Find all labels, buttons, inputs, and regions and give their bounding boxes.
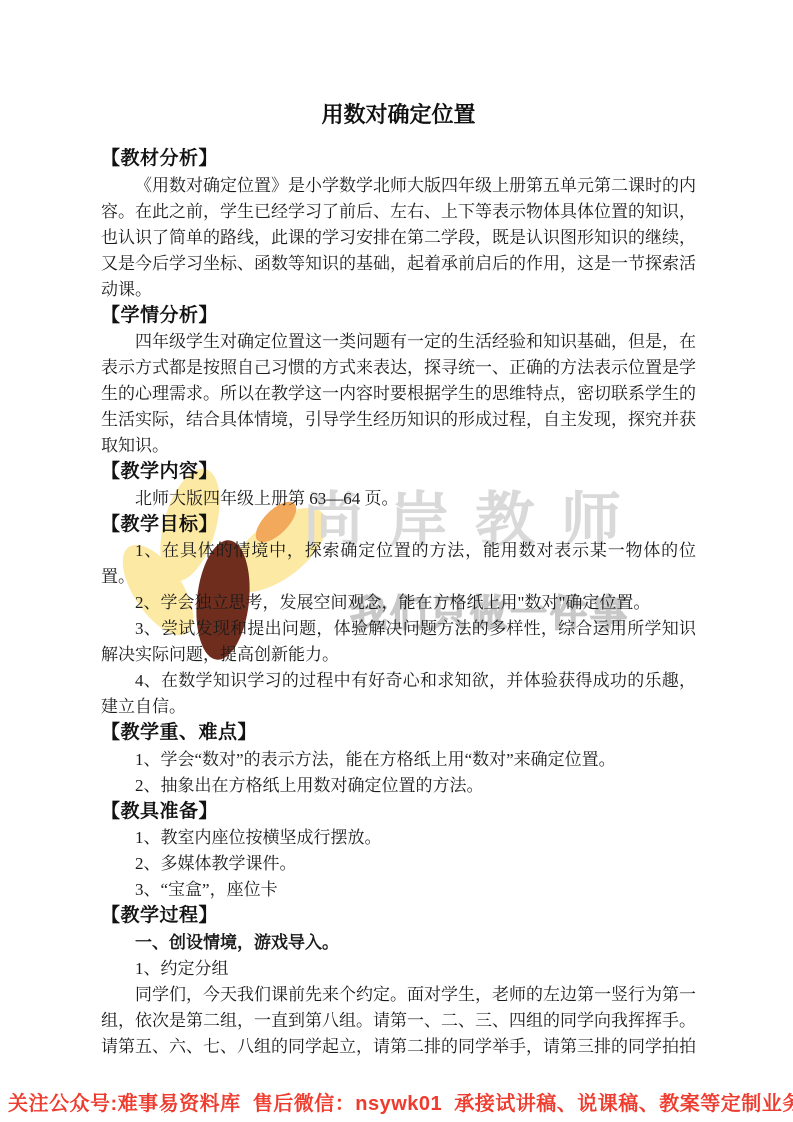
paragraph: 2、多媒体教学课件。 (101, 851, 696, 877)
section-heading: 【教学过程】 (101, 903, 696, 930)
footer-promo-text: 关注公众号:难事易资料库 售后微信：nsywk01 承接试讲稿、说课稿、教案等定… (8, 1093, 793, 1115)
paragraph: 1、在具体的情境中，探索确定位置的方法，能用数对表示某一物体的位置。 (101, 538, 696, 590)
paragraph: 3、尝试发现和提出问题，体验解决问题方法的多样性，综合运用所学知识解决实际问题，… (101, 616, 696, 668)
section-heading: 【教学内容】 (101, 459, 696, 486)
paragraph-bold: 一、创设情境，游戏导入。 (101, 930, 696, 956)
paragraph: 2、抽象出在方格纸上用数对确定位置的方法。 (101, 773, 696, 799)
section-heading: 【教学重、难点】 (101, 720, 696, 747)
section-heading: 【教学目标】 (101, 512, 696, 539)
paragraph: 四年级学生对确定位置这一类问题有一定的生活经验和知识基础，但是，在表示方式都是按… (101, 329, 696, 459)
section-heading: 【学情分析】 (101, 303, 696, 330)
page-title: 用数对确定位置 (101, 100, 696, 130)
sections-container: 【教材分析】《用数对确定位置》是小学数学北师大版四年级上册第五单元第二课时的内容… (101, 146, 696, 1060)
paragraph: 2、学会独立思考，发展空间观念，能在方格纸上用"数对"确定位置。 (101, 590, 696, 616)
paragraph: 同学们，今天我们课前先来个约定。面对学生，老师的左边第一竖行为第一组，依次是第二… (101, 982, 696, 1060)
paragraph: 《用数对确定位置》是小学数学北师大版四年级上册第五单元第二课时的内容。在此之前，… (101, 173, 696, 303)
paragraph: 4、在数学知识学习的过程中有好奇心和求知欲，并体验获得成功的乐趣，建立自信。 (101, 668, 696, 720)
section-heading: 【教具准备】 (101, 799, 696, 826)
section-heading: 【教材分析】 (101, 146, 696, 173)
paragraph: 1、教室内座位按横坚成行摆放。 (101, 825, 696, 851)
paragraph: 1、学会“数对”的表示方法，能在方格纸上用“数对”来确定位置。 (101, 747, 696, 773)
document-page: 尚岸教师 我们只做一件事 用数对确定位置 【教材分析】《用数对确定位置》是小学数… (0, 0, 793, 1122)
content-area: 用数对确定位置 【教材分析】《用数对确定位置》是小学数学北师大版四年级上册第五单… (101, 0, 696, 1060)
paragraph: 北师大版四年级上册第 63—64 页。 (101, 486, 696, 512)
paragraph: 3、“宝盒”，座位卡 (101, 877, 696, 903)
paragraph: 1、约定分组 (101, 956, 696, 982)
